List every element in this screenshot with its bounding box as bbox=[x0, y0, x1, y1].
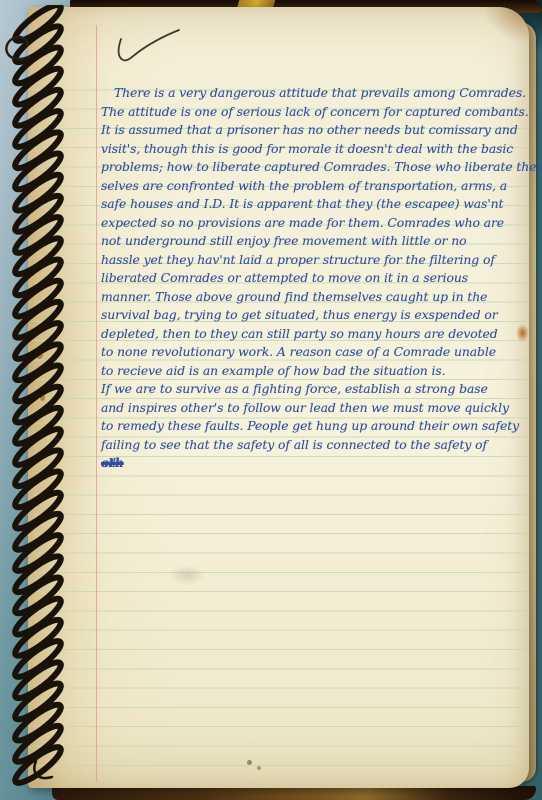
handwriting-line: There is a very dangerous attitude that … bbox=[101, 84, 531, 103]
handwriting-line: liberated Comrades or attempted to move … bbox=[101, 269, 531, 288]
handwriting-line: to none revolutionary work. A reason cas… bbox=[101, 343, 531, 362]
spiral-binding bbox=[0, 5, 90, 800]
handwriting-line: survival bag, trying to get situated, th… bbox=[101, 306, 531, 325]
checkmark-pen-stroke bbox=[94, 24, 194, 74]
handwriting-line: selves are confronted with the problem o… bbox=[101, 177, 531, 196]
handwriting-line: visit's, though this is good for morale … bbox=[101, 140, 531, 159]
stain bbox=[257, 766, 261, 770]
handwriting-line: depleted, then to they can still party s… bbox=[101, 325, 531, 344]
handwriting-line: hassle yet they hav'nt laid a proper str… bbox=[101, 251, 531, 270]
handwriting-line: problems; how to liberate captured Comra… bbox=[101, 158, 531, 177]
stain bbox=[247, 760, 252, 765]
stain bbox=[168, 565, 206, 585]
handwriting-line: The attitude is one of serious lack of c… bbox=[101, 103, 531, 122]
handwritten-note: There is a very dangerous attitude that … bbox=[101, 84, 531, 473]
margin-line bbox=[96, 25, 97, 782]
handwriting-line: If we are to survive as a fighting force… bbox=[101, 380, 531, 399]
final-word: all. bbox=[101, 454, 120, 473]
handwriting-line: and inspires other's to follow our lead … bbox=[101, 399, 531, 418]
handwriting-line: safe houses and I.D. It is apparent that… bbox=[101, 195, 531, 214]
handwriting-line: It is assumed that a prisoner has no oth… bbox=[101, 121, 531, 140]
handwriting-line: expected so no provisions are made for t… bbox=[101, 214, 531, 233]
handwriting-line-final: oth all. bbox=[101, 454, 531, 473]
handwriting-line: to recieve aid is an example of how bad … bbox=[101, 362, 531, 381]
handwriting-line: manner. Those above ground find themselv… bbox=[101, 288, 531, 307]
handwriting-line: failing to see that the safety of all is… bbox=[101, 436, 531, 455]
notebook-cover-bottom-edge bbox=[52, 786, 536, 800]
handwriting-line: not underground still enjoy free movemen… bbox=[101, 232, 531, 251]
handwriting-line: to remedy these faults. People get hung … bbox=[101, 417, 531, 436]
scanned-notebook-photo: There is a very dangerous attitude that … bbox=[0, 0, 542, 800]
